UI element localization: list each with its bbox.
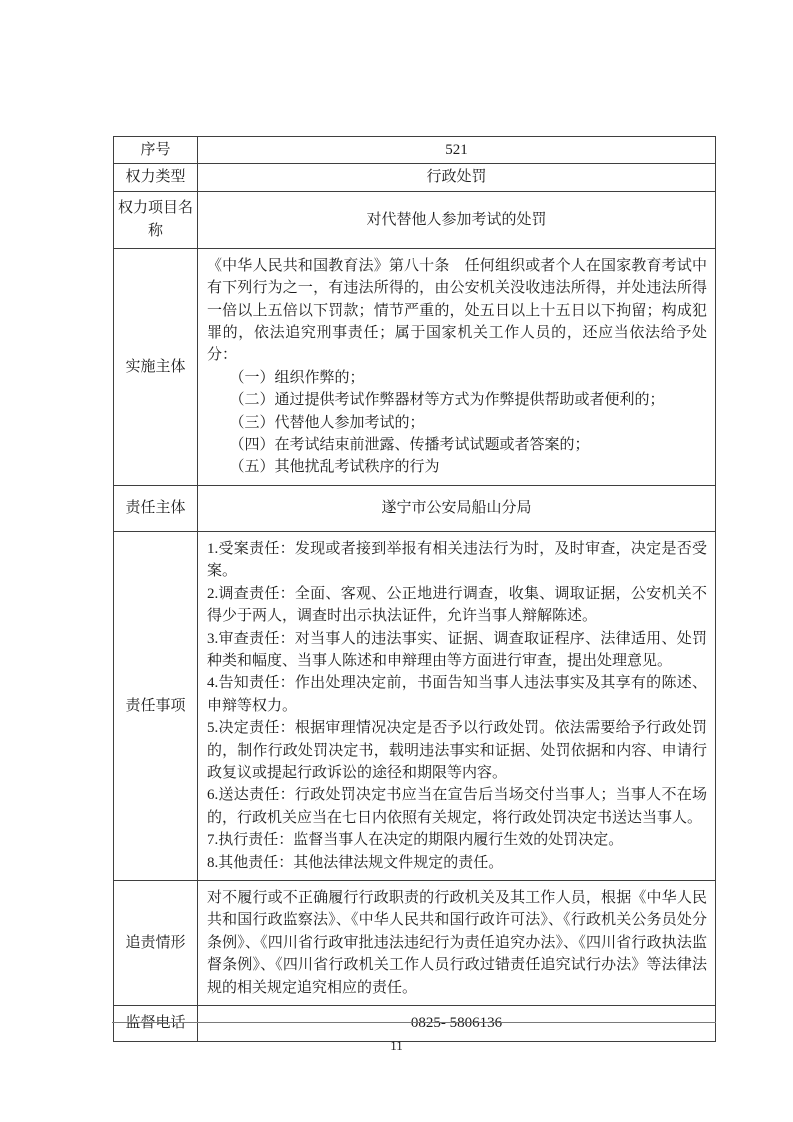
row-value-accountability-circumstances: 对不履行或不正确履行行政职责的行政机关及其工作人员，根据《中华人民共和国行政监察… (198, 881, 715, 1005)
document-page: 序号 521 权力类型 行政处罚 权力项目名称 对代替他人参加考试的处罚 实施主… (0, 0, 793, 1122)
row-label-accountability-circumstances: 追责情形 (114, 881, 198, 1005)
table-row-implementing-body: 实施主体 《中华人民共和国教育法》第八十条 任何组织或者个人在国家教育考试中有下… (114, 249, 715, 486)
power-item-table: 序号 521 权力类型 行政处罚 权力项目名称 对代替他人参加考试的处罚 实施主… (113, 136, 716, 1042)
row-value-supervision-phone: 0825- 5806136 (198, 1006, 715, 1041)
row-label-implementing-body: 实施主体 (114, 249, 198, 485)
row-value-power-item-name: 对代替他人参加考试的处罚 (198, 192, 715, 248)
table-row-accountability-circumstances: 追责情形 对不履行或不正确履行行政职责的行政机关及其工作人员，根据《中华人民共和… (114, 881, 715, 1006)
table-row-responsible-body: 责任主体 遂宁市公安局船山分局 (114, 486, 715, 532)
row-label-responsibility-items: 责任事项 (114, 532, 198, 880)
row-value-serial-number: 521 (198, 137, 715, 163)
footer-divider (112, 1022, 716, 1023)
row-label-power-type: 权力类型 (114, 164, 198, 190)
row-value-power-type: 行政处罚 (198, 164, 715, 190)
row-label-responsible-body: 责任主体 (114, 486, 198, 531)
row-label-supervision-phone: 监督电话 (114, 1006, 198, 1041)
table-row-serial-number: 序号 521 (114, 137, 715, 164)
table-row-power-item-name: 权力项目名称 对代替他人参加考试的处罚 (114, 192, 715, 249)
table-row-responsibility-items: 责任事项 1.受案责任：发现或者接到举报有相关违法行为时，及时审查，决定是否受案… (114, 532, 715, 881)
page-number: 11 (0, 1038, 793, 1054)
row-value-responsible-body: 遂宁市公安局船山分局 (198, 486, 715, 531)
table-row-power-type: 权力类型 行政处罚 (114, 164, 715, 191)
row-value-responsibility-items: 1.受案责任：发现或者接到举报有相关违法行为时，及时审查，决定是否受案。 2.调… (198, 532, 715, 880)
table-row-supervision-phone: 监督电话 0825- 5806136 (114, 1006, 715, 1041)
row-label-power-item-name: 权力项目名称 (114, 192, 198, 248)
row-label-serial-number: 序号 (114, 137, 198, 163)
row-value-implementing-body: 《中华人民共和国教育法》第八十条 任何组织或者个人在国家教育考试中有下列行为之一… (198, 249, 715, 485)
